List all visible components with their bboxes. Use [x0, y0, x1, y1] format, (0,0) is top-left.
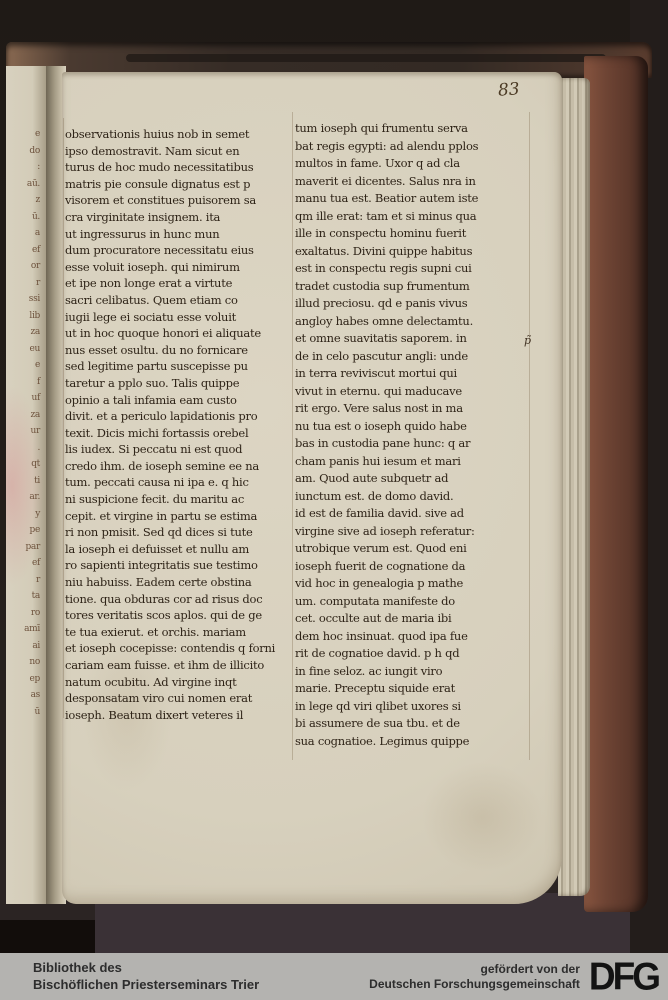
facing-page-line-endings: edo:aū.zū.aeforrssilibzaeuefufzaur.qttia… — [10, 126, 40, 720]
manuscript-text-line: virgine sive ad ioseph referatur: — [295, 523, 527, 541]
facing-page-fragment: or — [10, 258, 40, 275]
ruling-line — [292, 112, 293, 760]
manuscript-text-line: ut ingressurus in hunc mun — [65, 226, 291, 243]
manuscript-text-line: et omne suavitatis saporem. in — [295, 330, 527, 348]
manuscript-text-line: illud preciosu. qd e panis vivus — [295, 295, 527, 313]
manuscript-text-line: cet. occulte aut de maria ibi — [295, 610, 527, 628]
facing-page-fragment: ro — [10, 605, 40, 622]
manuscript-text-line: desponsatam viro cui nomen erat — [65, 690, 291, 707]
manuscript-text-line: esse voluit ioseph. qui nimirum — [65, 259, 291, 276]
facing-page-fragment: pe — [10, 522, 40, 539]
facing-page-fragment: as — [10, 687, 40, 704]
library-name: Bibliothek des Bischöflichen Priestersem… — [33, 960, 259, 993]
manuscript-text-line: iugii lege ei sociatu esse voluit — [65, 309, 291, 326]
manuscript-text-line: cra virginitate insignem. ita — [65, 209, 291, 226]
manuscript-text-line: niu habuiss. Eadem certe obstina — [65, 574, 291, 591]
manuscript-text-line: dem hoc insinuat. quod ipa fue — [295, 628, 527, 646]
manuscript-text-line: la ioseph ei defuisset et nullu am — [65, 541, 291, 558]
facing-page-fragment: za — [10, 407, 40, 424]
manuscript-scan-photo: edo:aū.zū.aeforrssilibzaeuefufzaur.qttia… — [0, 0, 668, 1000]
manuscript-text-line: nus esset osultu. du no fornicare — [65, 342, 291, 359]
manuscript-text-line: manu tua est. Beatior autem iste — [295, 190, 527, 208]
manuscript-text-line: tione. qua obduras cor ad risus doc — [65, 591, 291, 608]
manuscript-text-line: est in conspectu regis supni cui — [295, 260, 527, 278]
facing-page-fragment: r — [10, 275, 40, 292]
manuscript-text-line: sed legitime partu suscepisse pu — [65, 358, 291, 375]
facing-page-fragment: : — [10, 159, 40, 176]
manuscript-text-line: natum ocubitu. Ad virgine inqt — [65, 674, 291, 691]
manuscript-text-line: matris pie consule dignatus est p — [65, 176, 291, 193]
shadow-under-book — [0, 920, 95, 955]
manuscript-text-line: sacri celibatus. Quem etiam co — [65, 292, 291, 309]
facing-page-fragment: ep — [10, 671, 40, 688]
facing-page-fragment: aū. — [10, 176, 40, 193]
text-column-left: observationis huius nob in semetipso dem… — [65, 126, 291, 723]
facing-page-fragment: za — [10, 324, 40, 341]
manuscript-text-line: in fine seloz. ac iungit viro — [295, 663, 527, 681]
manuscript-text-line: opinio a tali infamia eam custo — [65, 392, 291, 409]
text-column-right: tum ioseph qui frumentu servabat regis e… — [295, 120, 527, 750]
manuscript-text-line: tum. peccati causa ni ipa e. q hic — [65, 474, 291, 491]
manuscript-text-line: credo ihm. de ioseph semine ee na — [65, 458, 291, 475]
manuscript-text-line: ille in conspectu hominu fuerit — [295, 225, 527, 243]
facing-page-fragment: y — [10, 506, 40, 523]
manuscript-text-line: taretur a pplo suo. Talis quippe — [65, 375, 291, 392]
dfg-logo: DFG — [589, 955, 658, 999]
manuscript-text-line: tum ioseph qui frumentu serva — [295, 120, 527, 138]
manuscript-text-line: et ipe non longe erat a virtute — [65, 275, 291, 292]
funding-credit-line1: gefördert von der — [369, 962, 580, 977]
library-credit-banner: Bibliothek des Bischöflichen Priestersem… — [0, 953, 668, 1000]
manuscript-text-line: ut in hoc quoque honori ei aliquate — [65, 325, 291, 342]
manuscript-text-line: texit. Dicis michi fortassis orebel — [65, 425, 291, 442]
funding-credit: gefördert von der Deutschen Forschungsge… — [369, 962, 580, 991]
manuscript-text-line: ni suspicione fecit. du maritu ac — [65, 491, 291, 508]
parchment-stain — [422, 762, 542, 872]
facing-page-fragment: ef — [10, 555, 40, 572]
facing-page-fragment: eu — [10, 341, 40, 358]
manuscript-text-line: bas in custodia pane hunc: q ar — [295, 435, 527, 453]
facing-page-fragment: ai — [10, 638, 40, 655]
manuscript-page: 83 observationis huius nob in semetipso … — [62, 72, 562, 904]
book-cover-right — [584, 56, 648, 912]
manuscript-text-line: um. computata manifeste do — [295, 593, 527, 611]
facing-page-fragment: . — [10, 440, 40, 457]
facing-page-fragment: qt — [10, 456, 40, 473]
manuscript-text-line: maverit ei dicentes. Salus nra in — [295, 173, 527, 191]
manuscript-text-line: te tua exierut. et orchis. mariam — [65, 624, 291, 641]
manuscript-text-line: id est de familia david. sive ad — [295, 505, 527, 523]
library-name-line2: Bischöflichen Priesterseminars Trier — [33, 977, 259, 994]
manuscript-text-line: turus de hoc mudo necessitatibus — [65, 159, 291, 176]
manuscript-text-line: ri non pmisit. Sed qd dices si tute — [65, 524, 291, 541]
manuscript-text-line: tradet custodia sup frumentum — [295, 278, 527, 296]
page-stack-edges — [558, 78, 590, 896]
manuscript-text-line: visorem et constitues puisorem sa — [65, 192, 291, 209]
facing-page-fragment: ssi — [10, 291, 40, 308]
facing-page-fragment: lib — [10, 308, 40, 325]
manuscript-text-line: ioseph. Beatum dixert veteres il — [65, 707, 291, 724]
manuscript-text-line: nu tua est o ioseph quido habe — [295, 418, 527, 436]
manuscript-text-line: cariam eam fuisse. et ihm de illicito — [65, 657, 291, 674]
facing-page-fragment: do — [10, 143, 40, 160]
facing-page-fragment: ū — [10, 704, 40, 721]
facing-page-fragment: ta — [10, 588, 40, 605]
facing-page-fragment: ū. — [10, 209, 40, 226]
manuscript-text-line: exaltatus. Divini quippe habitus — [295, 243, 527, 261]
manuscript-text-line: in lege qd viri qlibet uxores si — [295, 698, 527, 716]
manuscript-text-line: divit. et a periculo lapidationis pro — [65, 408, 291, 425]
manuscript-text-line: rit de cognatioe david. p h qd — [295, 645, 527, 663]
manuscript-text-line: ro sapienti integritatis sue testimo — [65, 557, 291, 574]
manuscript-text-line: tores veritatis scos aplos. qui de ge — [65, 607, 291, 624]
manuscript-text-line: ipso demostravit. Nam sicut en — [65, 143, 291, 160]
manuscript-text-line: utrobique verum est. Quod eni — [295, 540, 527, 558]
facing-page-fragment: amī — [10, 621, 40, 638]
manuscript-text-line: bat regis egypti: ad alendu pplos — [295, 138, 527, 156]
manuscript-text-line: dum procuratore necessitatu eius — [65, 242, 291, 259]
manuscript-text-line: ioseph fuerit de cognatione da — [295, 558, 527, 576]
manuscript-text-line: vivut in eternu. qui maducave — [295, 383, 527, 401]
facing-page-fragment: ef — [10, 242, 40, 259]
facing-page-fragment: par — [10, 539, 40, 556]
facing-page-edge: edo:aū.zū.aeforrssilibzaeuefufzaur.qttia… — [6, 66, 50, 904]
facing-page-fragment: uf — [10, 390, 40, 407]
manuscript-text-line: cepit. et virgine in partu se estima — [65, 508, 291, 525]
folio-number: 83 — [497, 79, 520, 100]
manuscript-text-line: angloy habes omne delectamtu. — [295, 313, 527, 331]
library-name-line1: Bibliothek des — [33, 960, 259, 977]
facing-page-fragment: e — [10, 126, 40, 143]
manuscript-text-line: de in celo pascutur angli: unde — [295, 348, 527, 366]
facing-page-fragment: ur — [10, 423, 40, 440]
manuscript-text-line: vid hoc in genealogia p mathe — [295, 575, 527, 593]
facing-page-fragment: no — [10, 654, 40, 671]
book-top-groove — [126, 54, 606, 62]
manuscript-text-line: am. Quod aute subquetr ad — [295, 470, 527, 488]
manuscript-text-line: cham panis hui iesum et mari — [295, 453, 527, 471]
facing-page-fragment: e — [10, 357, 40, 374]
ruling-line — [63, 118, 64, 718]
manuscript-text-line: iunctum est. de domo david. — [295, 488, 527, 506]
manuscript-text-line: observationis huius nob in semet — [65, 126, 291, 143]
facing-page-fragment: z — [10, 192, 40, 209]
facing-page-fragment: f — [10, 374, 40, 391]
manuscript-text-line: et ioseph cocepisse: contendis q forni — [65, 640, 291, 657]
manuscript-text-line: bi assumere de sua tbu. et de — [295, 715, 527, 733]
manuscript-text-line: multos in fame. Uxor q ad cla — [295, 155, 527, 173]
facing-page-fragment: a — [10, 225, 40, 242]
manuscript-text-line: lis iudex. Si peccatu ni est quod — [65, 441, 291, 458]
facing-page-fragment: r — [10, 572, 40, 589]
manuscript-text-line: rit ergo. Vere salus nost in ma — [295, 400, 527, 418]
manuscript-text-line: qm ille erat: tam et si minus qua — [295, 208, 527, 226]
funding-credit-line2: Deutschen Forschungsgemeinschaft — [369, 977, 580, 992]
facing-page-fragment: ti — [10, 473, 40, 490]
marginal-annotation: p̃ — [524, 334, 531, 347]
ruling-line — [529, 112, 530, 760]
facing-page-fragment: ar. — [10, 489, 40, 506]
manuscript-text-line: in terra reviviscut mortui qui — [295, 365, 527, 383]
manuscript-text-line: marie. Preceptu siquide erat — [295, 680, 527, 698]
manuscript-text-line: sua cognatioe. Legimus quippe — [295, 733, 527, 751]
